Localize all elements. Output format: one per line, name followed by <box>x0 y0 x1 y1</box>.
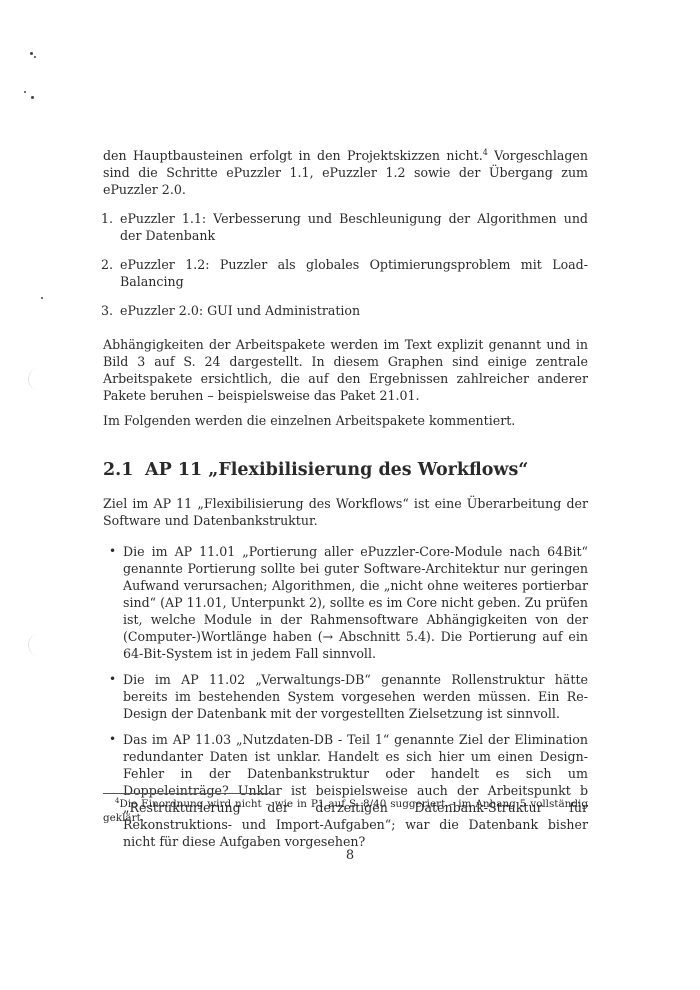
punch-hole-shadow <box>28 634 47 656</box>
numbered-list: 1.ePuzzler 1.1: Verbesserung und Beschle… <box>103 210 588 319</box>
scan-speck <box>31 96 34 99</box>
scan-speck <box>24 91 26 93</box>
bullet-item: •Die im AP 11.02 „Verwaltungs-DB“ genann… <box>103 671 588 722</box>
list-item: 1.ePuzzler 1.1: Verbesserung und Beschle… <box>103 210 588 244</box>
list-number: 2. <box>101 256 113 273</box>
list-text: ePuzzler 1.1: Verbesserung und Beschleun… <box>117 210 588 244</box>
intro-text-start: den Hauptbausteinen erfolgt in den Proje… <box>103 148 483 163</box>
scan-speck <box>30 52 33 55</box>
list-item: 3.ePuzzler 2.0: GUI und Administration <box>103 302 588 319</box>
footnote-text: Die Einordnung wird nicht – wie in P1 au… <box>103 798 588 824</box>
bullet-text: Das im AP 11.03 „Nutzdaten-DB - Teil 1“ … <box>123 732 588 849</box>
document-page: den Hauptbausteinen erfolgt in den Proje… <box>103 147 588 859</box>
bullet-icon: • <box>109 543 116 560</box>
scan-speck <box>41 297 43 299</box>
intro-paragraph: den Hauptbausteinen erfolgt in den Proje… <box>103 147 588 198</box>
bullet-item: •Die im AP 11.01 „Portierung aller ePuzz… <box>103 543 588 662</box>
list-number: 3. <box>101 302 113 319</box>
section-intro: Ziel im AP 11 „Flexibilisierung des Work… <box>103 495 588 529</box>
bullet-text: Die im AP 11.01 „Portierung aller ePuzzl… <box>123 544 588 661</box>
section-number: 2.1 <box>103 459 145 481</box>
bullet-icon: • <box>109 731 116 748</box>
following-paragraph: Im Folgenden werden die einzelnen Arbeit… <box>103 412 588 429</box>
page-number: 8 <box>0 848 700 863</box>
bullet-item: •Das im AP 11.03 „Nutzdaten-DB - Teil 1“… <box>103 731 588 850</box>
scan-speck <box>34 56 36 58</box>
list-number: 1. <box>101 210 113 227</box>
section-heading: 2.1 AP 11 „Flexibilisierung des Workflow… <box>103 459 588 481</box>
bullet-icon: • <box>109 671 116 688</box>
footnote-divider <box>103 793 271 794</box>
list-text: ePuzzler 2.0: GUI und Administration <box>117 302 588 319</box>
dependencies-paragraph: Abhängigkeiten der Arbeitspakete werden … <box>103 336 588 404</box>
list-item: 2.ePuzzler 1.2: Puzzler als globales Opt… <box>103 256 588 290</box>
section-title: AP 11 „Flexibilisierung des Workflows“ <box>145 459 528 481</box>
footnote: 4Die Einordnung wird nicht – wie in P1 a… <box>103 797 588 825</box>
punch-hole-shadow <box>28 368 47 390</box>
bullet-text: Die im AP 11.02 „Verwaltungs-DB“ genannt… <box>123 672 588 721</box>
list-text: ePuzzler 1.2: Puzzler als globales Optim… <box>117 256 588 290</box>
